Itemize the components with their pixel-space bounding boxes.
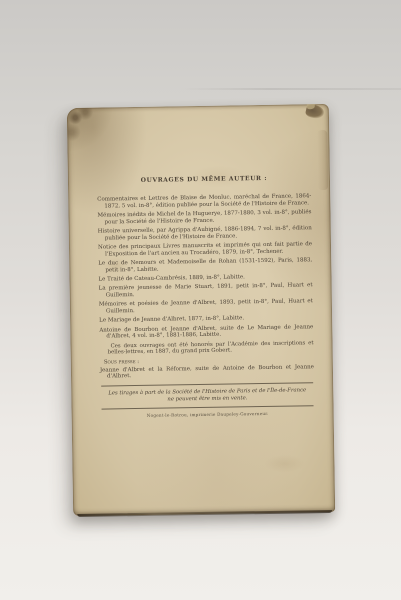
divider-rule [102, 406, 314, 410]
bibliography-entry: Antoine de Bourbon et Jeanne d'Albret, s… [99, 324, 313, 341]
award-note: Ces deux ouvrages ont été honorés par l'… [100, 340, 314, 357]
edge-stain-mark [317, 130, 328, 190]
divider-rule [101, 382, 313, 386]
bibliography-entry: Le Mariage de Jeanne d'Albret, 1877, in-… [99, 315, 313, 325]
bibliography-entry: Notice des principaux Livres manuscrits … [98, 241, 312, 258]
bibliography-entry: La première jeunesse de Marie Stuart, 18… [99, 283, 313, 300]
bibliography-entry: Histoire universelle, par Agrippa d'Aubi… [98, 225, 312, 242]
page-text-block: OUVRAGES DU MÊME AUTEUR : Commentaires e… [97, 174, 315, 423]
photo-backdrop: OUVRAGES DU MÊME AUTEUR : Commentaires e… [0, 0, 401, 600]
backdrop-seam [180, 88, 401, 90]
corner-wear-mark [67, 107, 114, 152]
bibliography-list: Commentaires et Lettres de Blaise de Mon… [97, 193, 313, 340]
bibliography-entry: Commentaires et Lettres de Blaise de Mon… [97, 193, 311, 210]
book-back-cover: OUVRAGES DU MÊME AUTEUR : Commentaires e… [67, 104, 335, 516]
foxing-spot [264, 454, 304, 473]
bibliography-entry: Mémoires inédits de Michel de la Huguery… [97, 209, 311, 226]
bibliography-entry: Le duc de Nemours et Mademoiselle de Roh… [98, 257, 312, 274]
page-header: OUVRAGES DU MÊME AUTEUR : [97, 174, 311, 184]
printer-imprint: Nogent-le-Rotrou, imprimerie Daupeley-Go… [101, 411, 315, 419]
bibliography-entry: Mémoires et poésies de Jeanne d'Albret, … [99, 299, 313, 316]
forthcoming-entry: Jeanne d'Albret et la Réforme, suite de … [100, 364, 314, 381]
sales-restriction-note: Les tirages à part de la Société de l'Hi… [104, 387, 310, 403]
